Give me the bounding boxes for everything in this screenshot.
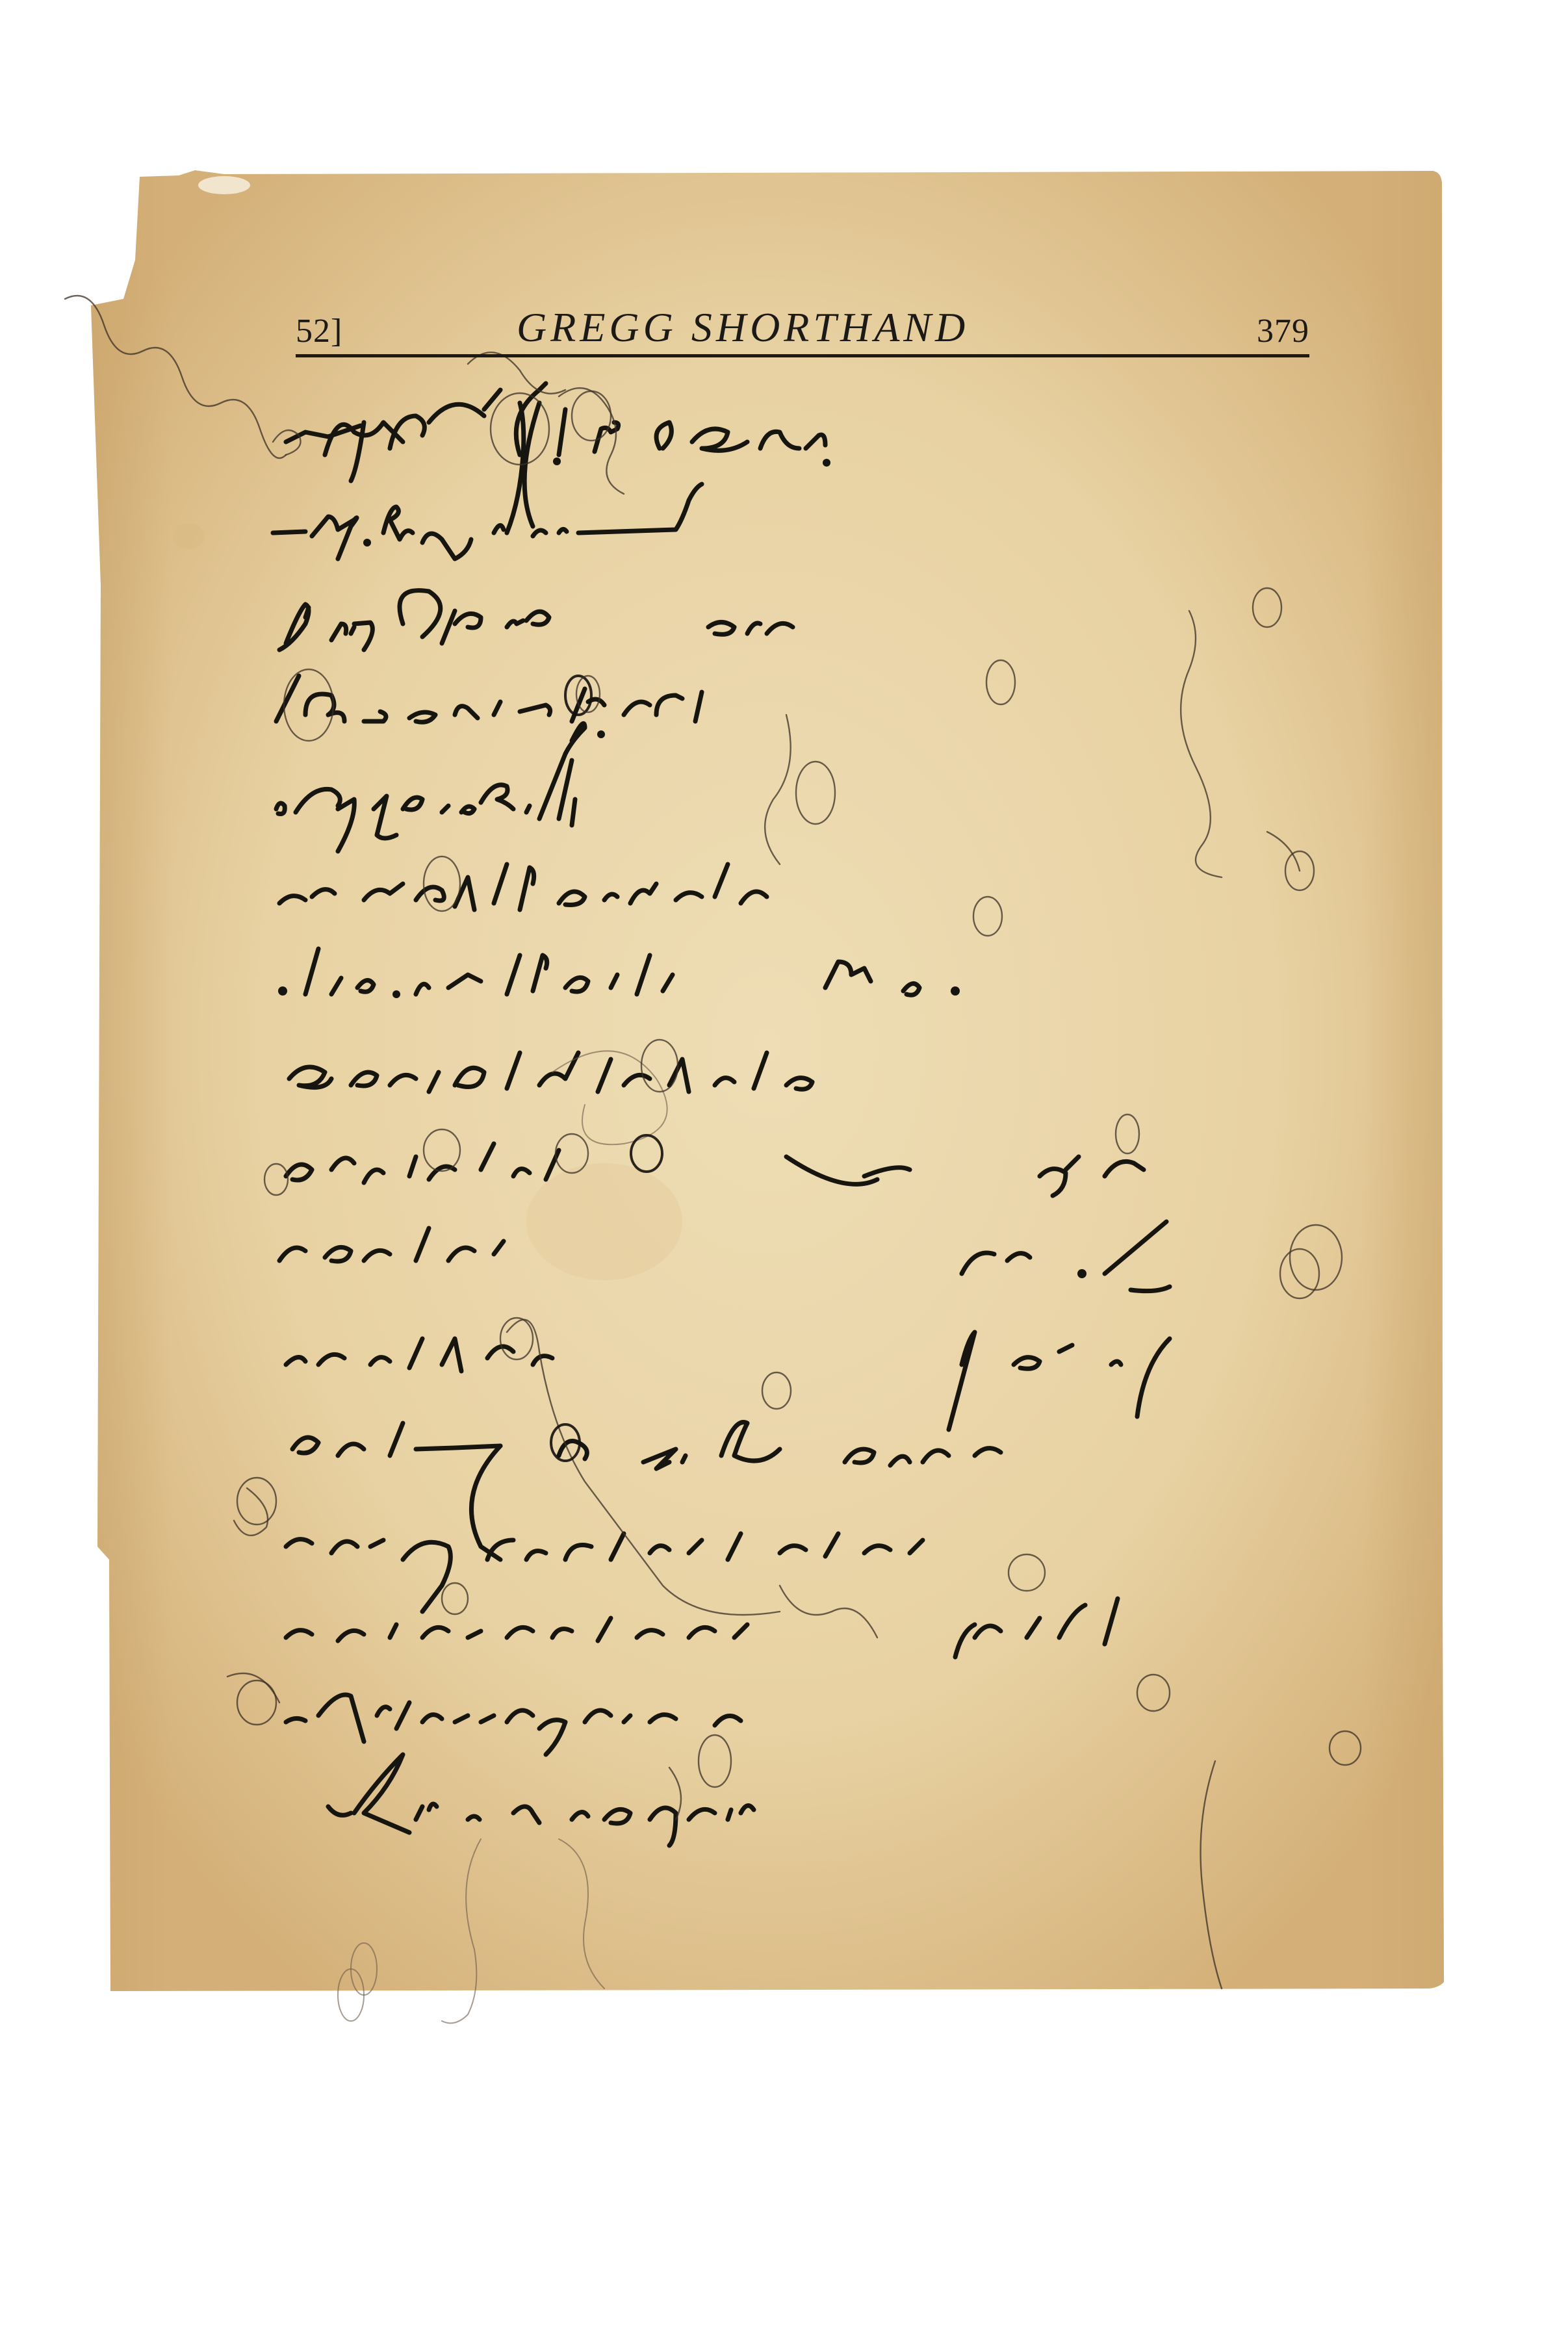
- running-header: 52] GREGG SHORTHAND 379: [296, 296, 1309, 357]
- book-page-photo: 52] GREGG SHORTHAND 379: [0, 0, 1568, 2342]
- page-number: 379: [1257, 312, 1309, 350]
- book-title: GREGG SHORTHAND: [517, 303, 969, 352]
- section-number: 52]: [296, 312, 342, 350]
